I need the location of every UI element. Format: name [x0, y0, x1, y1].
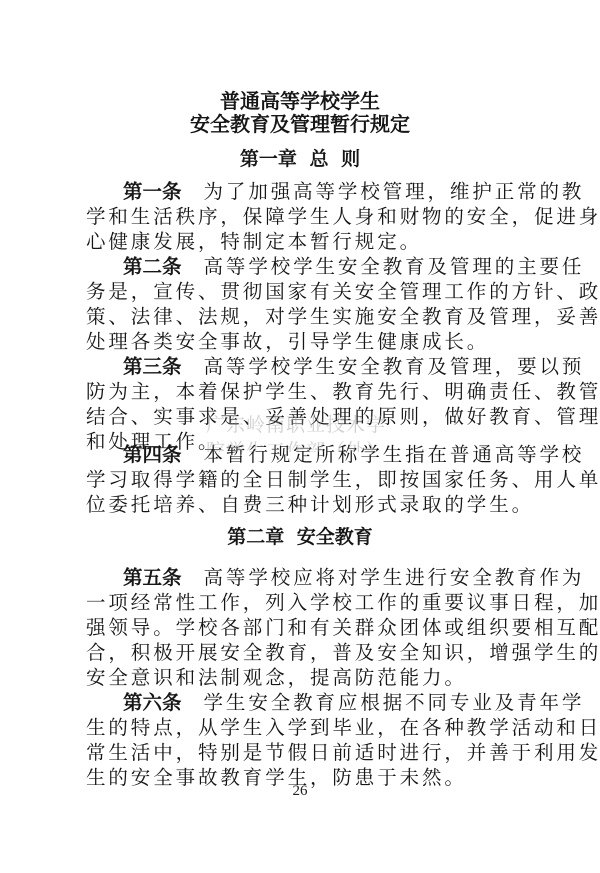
document-title-line-2: 安全教育及管理暂行规定	[0, 113, 600, 135]
article-5-line: 一项经常性工作，列入学校工作的重要议事日程，加	[86, 591, 514, 615]
article-1-line: 学和生活秩序，保障学生人身和财物的安全，促进身	[86, 205, 514, 229]
article-4-line: 位委托培养、自费三种计划形式录取的学生。	[86, 493, 514, 517]
page-number: 26	[0, 783, 600, 800]
article-3-line: 结合、实事求是、妥善处理的原则，做好教育、管理	[86, 405, 514, 429]
article-5-line: 安全意识和法制观念，提高防范能力。	[86, 666, 514, 690]
article-6-first-line: 第六条学生安全教育应根据不同专业及青年学	[123, 691, 551, 715]
article-2-first-line: 第二条高等学校学生安全教育及管理的主要任	[123, 255, 551, 279]
document-page: 普通高等学校学生 安全教育及管理暂行规定 第一章 总 则 第一条为了加强高等学校…	[0, 0, 600, 873]
document-title-line-1: 普通高等学校学生	[0, 90, 600, 112]
article-label: 第一条	[123, 180, 182, 203]
article-3-first-line: 第三条高等学校学生安全教育及管理，要以预	[123, 355, 551, 379]
article-text: 高等学校应将对学生进行安全教育作为	[204, 566, 585, 589]
chapter-heading-1: 第一章 总 则	[0, 148, 600, 170]
article-6-line: 生的特点，从学生入学到毕业，在各种教学活动和日	[86, 716, 514, 740]
article-2-line: 处理各类安全事故，引导学生健康成长。	[86, 330, 514, 354]
article-1-line: 心健康发展，特制定本暂行规定。	[86, 230, 514, 254]
article-6-line: 常生活中，特别是节假日前适时进行，并善于利用发	[86, 741, 514, 765]
article-text: 为了加强高等学校管理，维护正常的教	[204, 180, 585, 203]
article-3-line: 防为主，本着保护学生、教育先行、明确责任、教管	[86, 380, 514, 404]
article-label: 第三条	[123, 355, 182, 378]
article-5-line: 合，积极开展安全教育，普及安全知识，增强学生的	[86, 641, 514, 665]
article-text: 学生安全教育应根据不同专业及青年学	[204, 691, 585, 714]
article-label: 第五条	[123, 566, 182, 589]
article-label: 第六条	[123, 691, 182, 714]
article-text: 高等学校学生安全教育及管理的主要任	[204, 255, 585, 278]
chapter-heading-2: 第二章 安全教育	[0, 526, 600, 548]
article-text: 本暂行规定所称学生指在普通高等学校	[204, 443, 585, 466]
article-1-first-line: 第一条为了加强高等学校管理，维护正常的教	[123, 180, 551, 204]
article-text: 高等学校学生安全教育及管理，要以预	[204, 355, 585, 378]
article-2-line: 策、法律、法规，对学生实施安全教育及管理，妥善	[86, 305, 514, 329]
article-label: 第四条	[123, 443, 182, 466]
article-label: 第二条	[123, 255, 182, 278]
article-4-line: 学习取得学籍的全日制学生，即按国家任务、用人单	[86, 468, 514, 492]
article-2-line: 务是，宣传、贯彻国家有关安全管理工作的方针、政	[86, 280, 514, 304]
article-5-line: 强领导。学校各部门和有关群众团体或组织要相互配	[86, 616, 514, 640]
article-5-first-line: 第五条高等学校应将对学生进行安全教育作为	[123, 566, 551, 590]
article-4-first-line: 第四条本暂行规定所称学生指在普通高等学校	[123, 443, 551, 467]
